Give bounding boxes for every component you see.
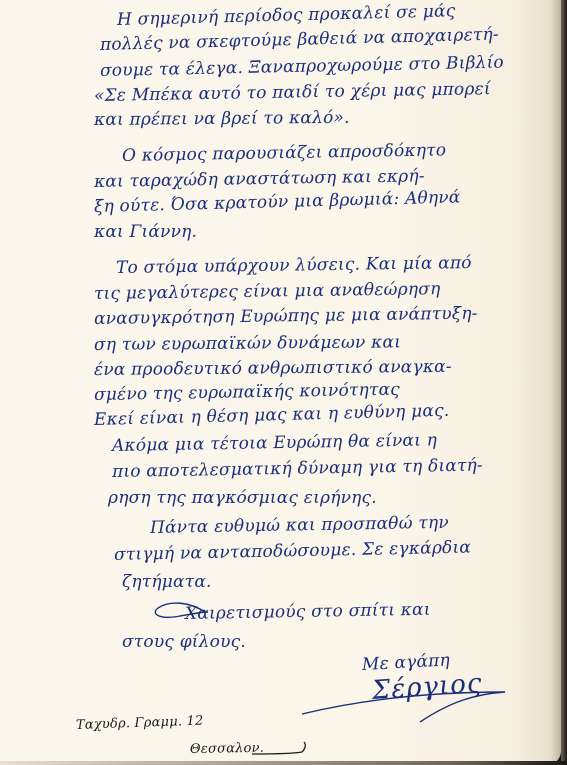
letter-line: τις μεγαλύτερες είναι μια αναθεώρηση	[94, 279, 441, 304]
letter-line: ση των ευρωπαϊκών δυνάμεων και	[94, 332, 401, 355]
letter-line: και πρέπει να βρεί το καλό».	[94, 108, 350, 130]
letter-page: Η σημερινή περίοδος προκαλεί σε μάς πολλ…	[0, 0, 561, 765]
letter-line: και Γιάννη.	[94, 222, 197, 242]
annotation-address: Ταχυδρ. Γραμμ. 12	[76, 714, 204, 733]
letter-line: Εκεί είναι η θέση μας και η ευθύνη μας.	[94, 401, 450, 430]
letter-line: ανασυγκρότηση Ευρώπης με μια ανάπτυξη-	[94, 304, 478, 329]
letter-line: πιο αποτελεσματική δύναμη για τη διατή-	[112, 456, 483, 482]
scan-edge-right	[561, 0, 567, 765]
letter-line: σουμε τα έλεγα. Ξαναπροχωρούμε στο Βιβλί…	[100, 53, 504, 81]
signature-flourish	[300, 680, 525, 730]
letter-line: σμένο της ευρωπαϊκής κοινότητας	[94, 380, 400, 405]
letter-line: και ταραχώδη αναστάτωση και εκρή-	[94, 166, 425, 192]
annotation-underline	[250, 740, 310, 760]
letter-line: Χαιρετισμούς στο σπίτι και	[185, 600, 431, 624]
letter-line: Ακόμα μια τέτοια Ευρώπη θα είναι η	[112, 430, 437, 456]
letter-line: Ο κόσμος παρουσιάζει απροσδόκητο	[122, 140, 447, 166]
letter-line: Η σημερινή περίοδος προκαλεί σε μάς	[117, 1, 456, 30]
letter-line: «Σε Μπέκα αυτό το παιδί το χέρι μας μπορ…	[94, 79, 491, 106]
letter-line: ένα προοδευτικό ανθρωπιστικό αναγκα-	[94, 357, 452, 380]
letter-line: πολλές να σκεφτούμε βαθειά να αποχαιρετή…	[100, 25, 499, 55]
letter-line: Πάντα ευθυμώ και προσπαθώ την	[150, 513, 449, 538]
letter-line: Το στόμα υπάρχουν λύσεις. Και μία από	[116, 253, 472, 278]
scan-edge-bottom	[0, 761, 567, 765]
letter-line: στιγμή να ανταποδώσουμε. Σε εγκάρδια	[114, 538, 471, 565]
letter-line: στους φίλους.	[122, 632, 246, 652]
letter-line: ζητήματα.	[122, 572, 212, 592]
letter-line: ρηση της παγκόσμιας ειρήνης.	[108, 488, 377, 508]
letter-line: ξη ούτε. Όσα κρατούν μια βρωμιά: Αθηνά	[94, 187, 461, 217]
